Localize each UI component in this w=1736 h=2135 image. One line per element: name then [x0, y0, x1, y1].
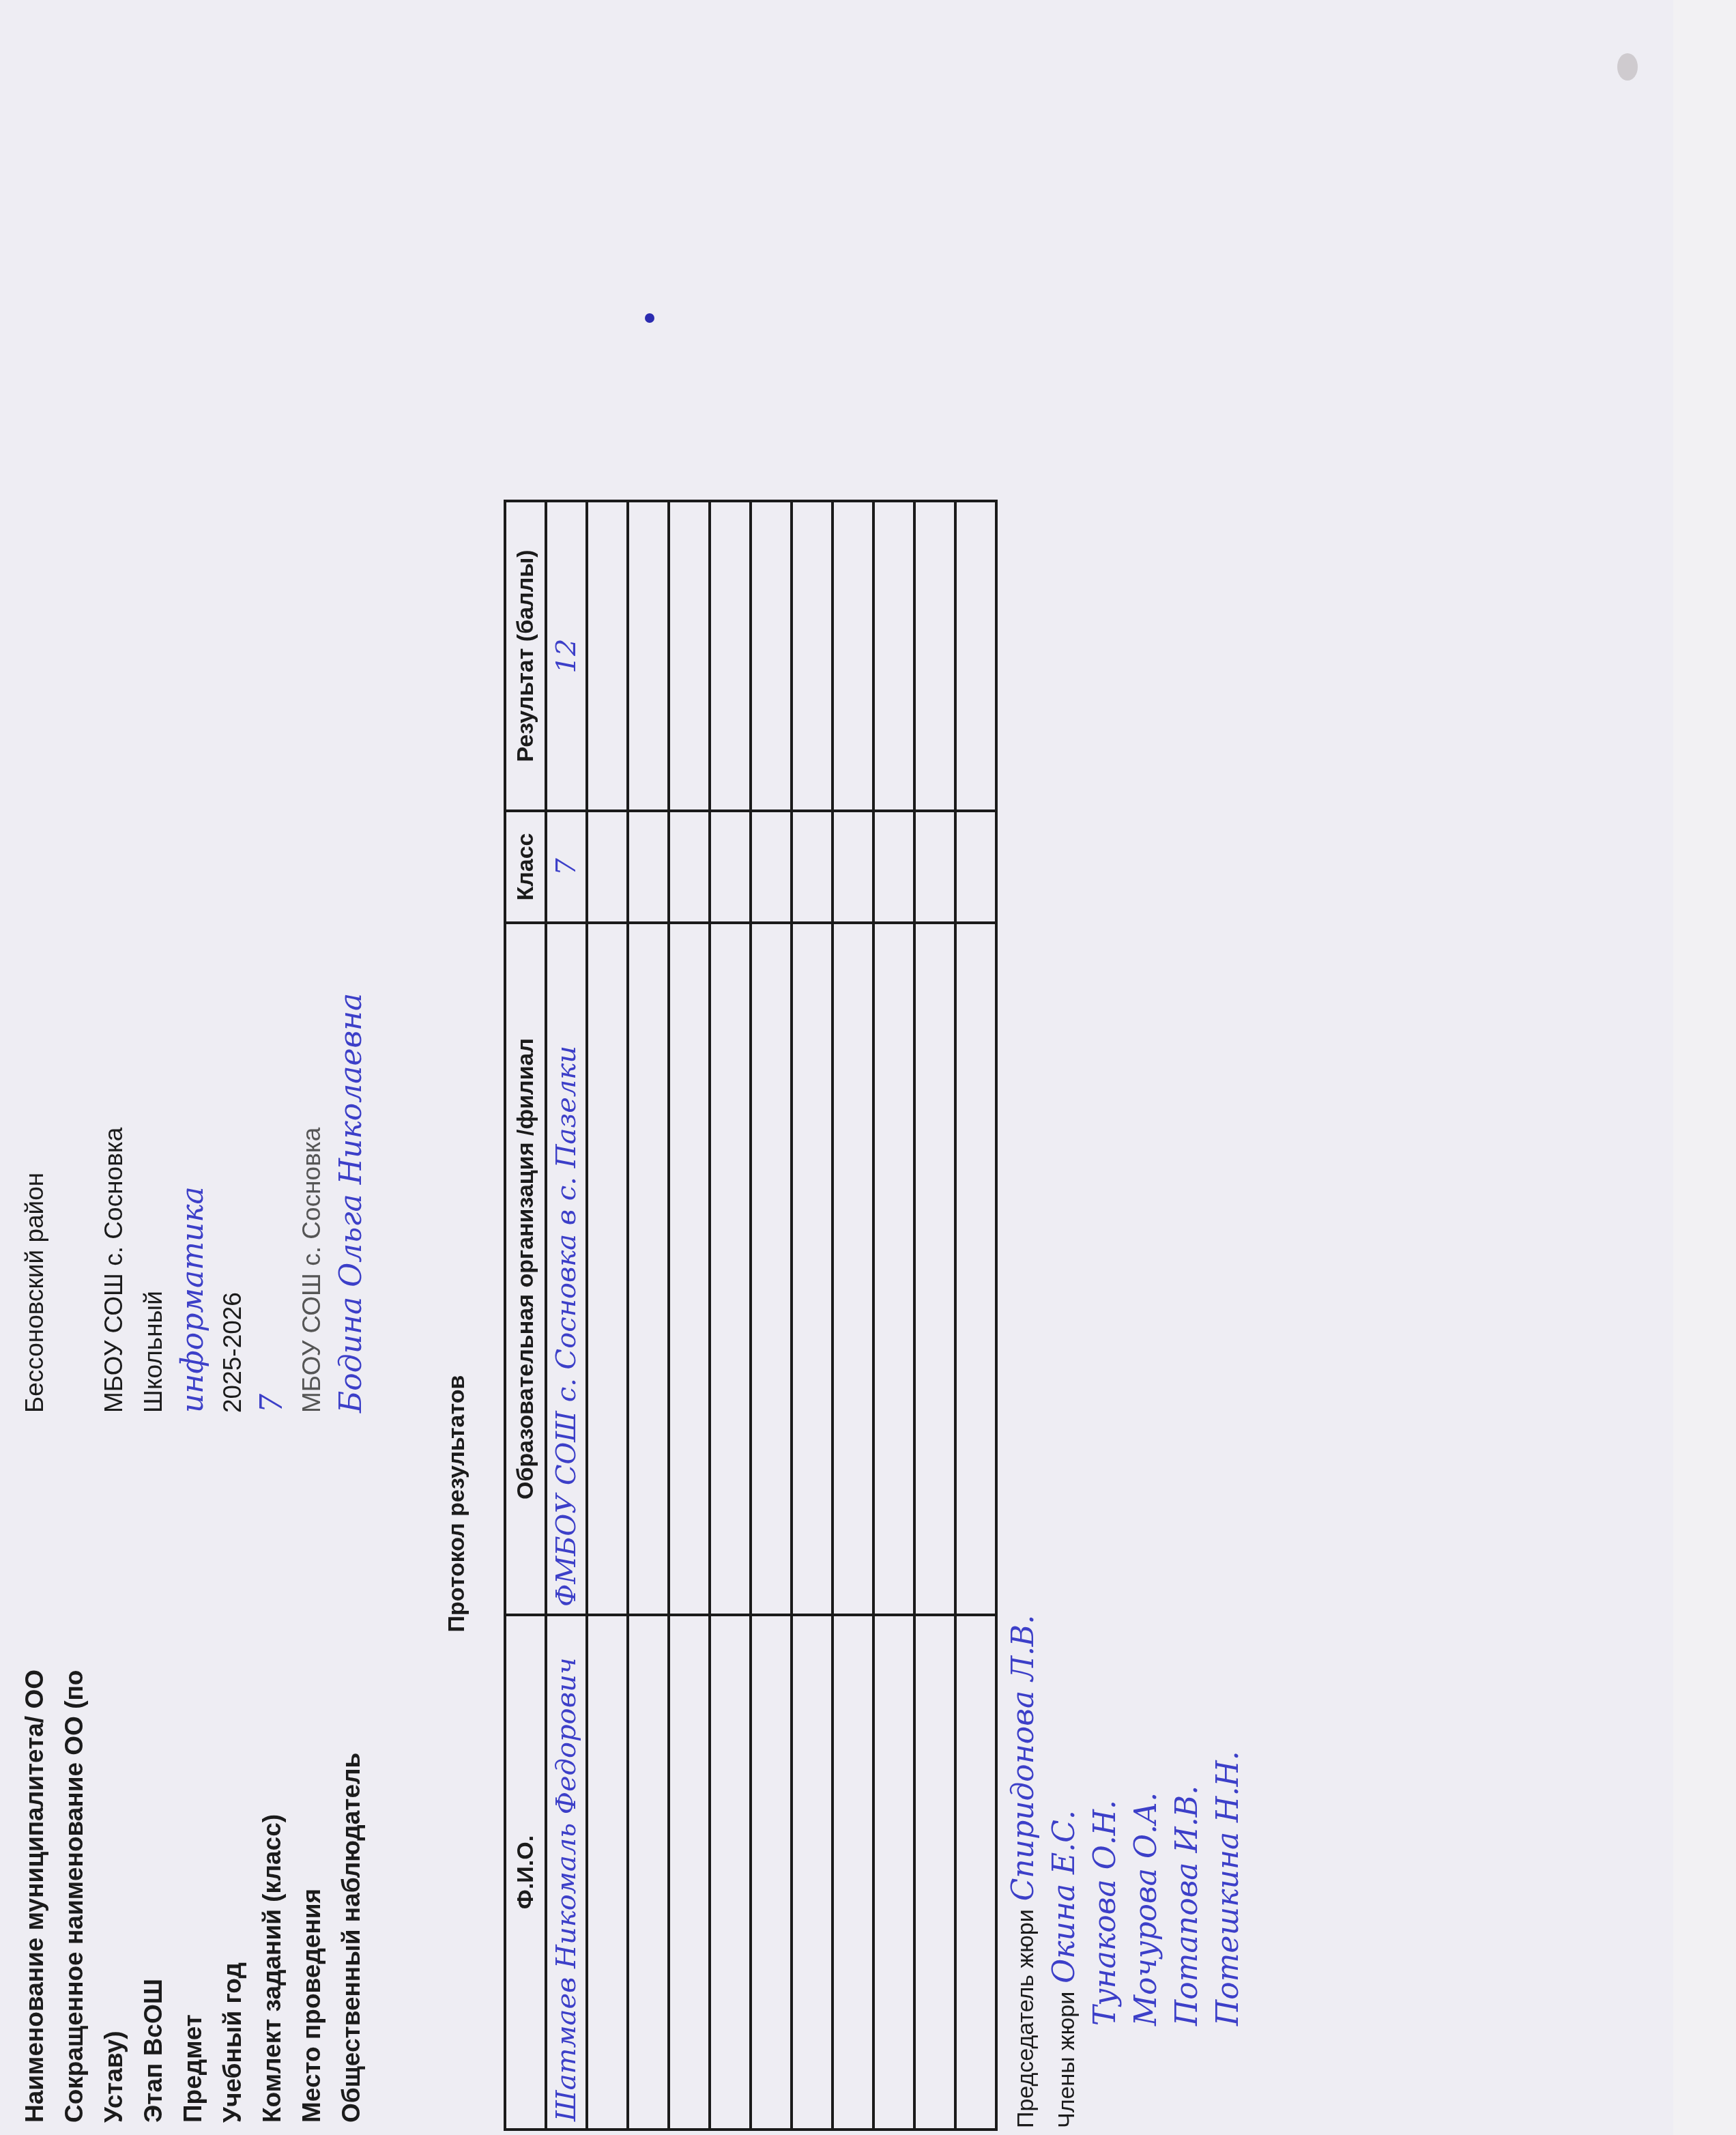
jury-member: Потапова И.В. — [1167, 1615, 1208, 2128]
header-field-label: Место проведения — [292, 1413, 332, 2123]
header-field: Предметинформатика — [173, 993, 213, 2123]
cell-result — [710, 501, 751, 811]
header-field: Место проведенияМБОУ СОШ с. Сосновка — [292, 993, 332, 2123]
header-field-label: Комлект заданий (класс) — [252, 1413, 292, 2123]
header-field-value: Школьный — [134, 1291, 173, 1413]
ink-dot — [645, 313, 654, 323]
header-field: Общественный наблюдательБодина Ольга Ник… — [332, 993, 371, 2123]
cell-fio — [587, 1615, 628, 2130]
cell-result — [914, 501, 955, 811]
cell-result — [587, 501, 628, 811]
jury-member: Потешкина Н.Н. — [1208, 1615, 1249, 2128]
table-row — [955, 501, 996, 2130]
cell-organization — [914, 923, 955, 1615]
header-field-label: Предмет — [173, 1413, 213, 2123]
cell-result — [873, 501, 914, 811]
cell-class — [792, 811, 833, 923]
cell-class — [914, 811, 955, 923]
cell-result — [792, 501, 833, 811]
jury-member: Тунакова О.Н. — [1085, 1615, 1126, 2128]
header-field-value: 7 — [252, 1394, 292, 1413]
cell-organization — [710, 923, 751, 1615]
header-field-value: Бессоновский район — [15, 1173, 55, 1413]
cell-fio — [669, 1615, 710, 2130]
jury-chair-label: Председатель жюри — [1005, 1909, 1046, 2128]
cell-class — [873, 811, 914, 923]
table-row — [669, 501, 710, 2130]
cell-result — [628, 501, 669, 811]
cell-class — [669, 811, 710, 923]
jury-member-signature: Тунакова О.Н. — [1085, 1800, 1126, 2026]
cell-organization — [955, 923, 996, 1615]
jury-chair: Председатель жюри Спиридонова Л.В. — [1003, 1615, 1044, 2128]
cell-fio — [955, 1615, 996, 2130]
cell-organization — [628, 923, 669, 1615]
cell-fio — [792, 1615, 833, 2130]
column-header-class: Класс — [505, 811, 546, 923]
header-field-value: МБОУ СОШ с. Сосновка — [292, 1128, 332, 1413]
cell-result — [955, 501, 996, 811]
header-field-label: Сокращенное наименование ОО (по — [55, 1413, 94, 2123]
jury-member: Члены жюриОкина Е.С. — [1044, 1615, 1085, 2128]
header-field: Наименование муниципалитета/ ООБессоновс… — [15, 993, 55, 2123]
cell-result — [833, 501, 873, 811]
table-row — [628, 501, 669, 2130]
cell-fio — [914, 1615, 955, 2130]
cell-class — [587, 811, 628, 923]
column-header-organization: Образовательная организация /филиал — [505, 923, 546, 1615]
cell-fio — [751, 1615, 792, 2130]
cell-organization — [833, 923, 873, 1615]
column-header-fio: Ф.И.О. — [505, 1615, 546, 2130]
cell-class: 7 — [546, 811, 587, 923]
header-field-label: Общественный наблюдатель — [332, 1413, 371, 2123]
header-field-label: Этап ВсОШ — [134, 1413, 173, 2123]
header-field: Уставу)МБОУ СОШ с. Сосновка — [94, 993, 134, 2123]
header-field-label: Учебный год — [213, 1413, 252, 2123]
cell-organization — [751, 923, 792, 1615]
cell-organization — [669, 923, 710, 1615]
results-table: Ф.И.О. Образовательная организация /фили… — [504, 500, 998, 2131]
jury-member: Мочурова О.А. — [1126, 1615, 1167, 2128]
cell-organization — [792, 923, 833, 1615]
protocol-page: Наименование муниципалитета/ ООБессоновс… — [0, 0, 1673, 2135]
cell-class — [751, 811, 792, 923]
cell-organization — [873, 923, 914, 1615]
cell-fio — [833, 1615, 873, 2130]
scanner-edge — [1673, 0, 1736, 2135]
cell-fio: Шатмаев Никомаль Федорович — [546, 1615, 587, 2130]
table-header-row: Ф.И.О. Образовательная организация /фили… — [505, 501, 546, 2130]
jury-members-label: Члены жюри — [1046, 1992, 1087, 2128]
header-field: Комлект заданий (класс)7 — [252, 993, 292, 2123]
cell-fio — [628, 1615, 669, 2130]
header-field: Этап ВсОШШкольный — [134, 993, 173, 2123]
table-row: Шатмаев Никомаль ФедоровичФМБОУ СОШ с. С… — [546, 501, 587, 2130]
cell-organization: ФМБОУ СОШ с. Сосновка в с. Пазелки — [546, 923, 587, 1615]
table-row — [587, 501, 628, 2130]
header-field-label: Уставу) — [94, 1413, 134, 2123]
cell-result — [669, 501, 710, 811]
cell-class — [710, 811, 751, 923]
jury-member-signature: Мочурова О.А. — [1126, 1792, 1167, 2026]
cell-fio — [710, 1615, 751, 2130]
header-field: Сокращенное наименование ОО (по — [55, 993, 94, 2123]
header-fields: Наименование муниципалитета/ ООБессоновс… — [15, 993, 371, 2123]
jury-member-signature: Потапова И.В. — [1167, 1786, 1208, 2026]
header-field-value: Бодина Ольга Николаевна — [332, 993, 371, 1413]
cell-result: 12 — [546, 501, 587, 811]
cell-class — [955, 811, 996, 923]
table-row — [833, 501, 873, 2130]
header-field: Учебный год2025-2026 — [213, 993, 252, 2123]
header-field-value: 2025-2026 — [213, 1292, 252, 1413]
header-field-value: МБОУ СОШ с. Сосновка — [94, 1128, 134, 1413]
protocol-title: Протокол результатов — [444, 872, 470, 2135]
paper-stain — [1617, 53, 1638, 81]
jury-member-signature: Окина Е.С. — [1044, 1810, 1085, 1983]
jury-section: Председатель жюри Спиридонова Л.В. Члены… — [1003, 1615, 1249, 2128]
jury-member-signature: Потешкина Н.Н. — [1208, 1751, 1249, 2026]
table-row — [751, 501, 792, 2130]
cell-organization — [587, 923, 628, 1615]
header-field-value: информатика — [173, 1186, 213, 1413]
cell-class — [833, 811, 873, 923]
table-row — [710, 501, 751, 2130]
jury-chair-signature: Спиридонова Л.В. — [1003, 1615, 1044, 1902]
table-row — [914, 501, 955, 2130]
column-header-result: Результат (баллы) — [505, 501, 546, 811]
table-row — [873, 501, 914, 2130]
header-field-label: Наименование муниципалитета/ ОО — [15, 1413, 55, 2123]
cell-fio — [873, 1615, 914, 2130]
cell-class — [628, 811, 669, 923]
cell-result — [751, 501, 792, 811]
table-row — [792, 501, 833, 2130]
